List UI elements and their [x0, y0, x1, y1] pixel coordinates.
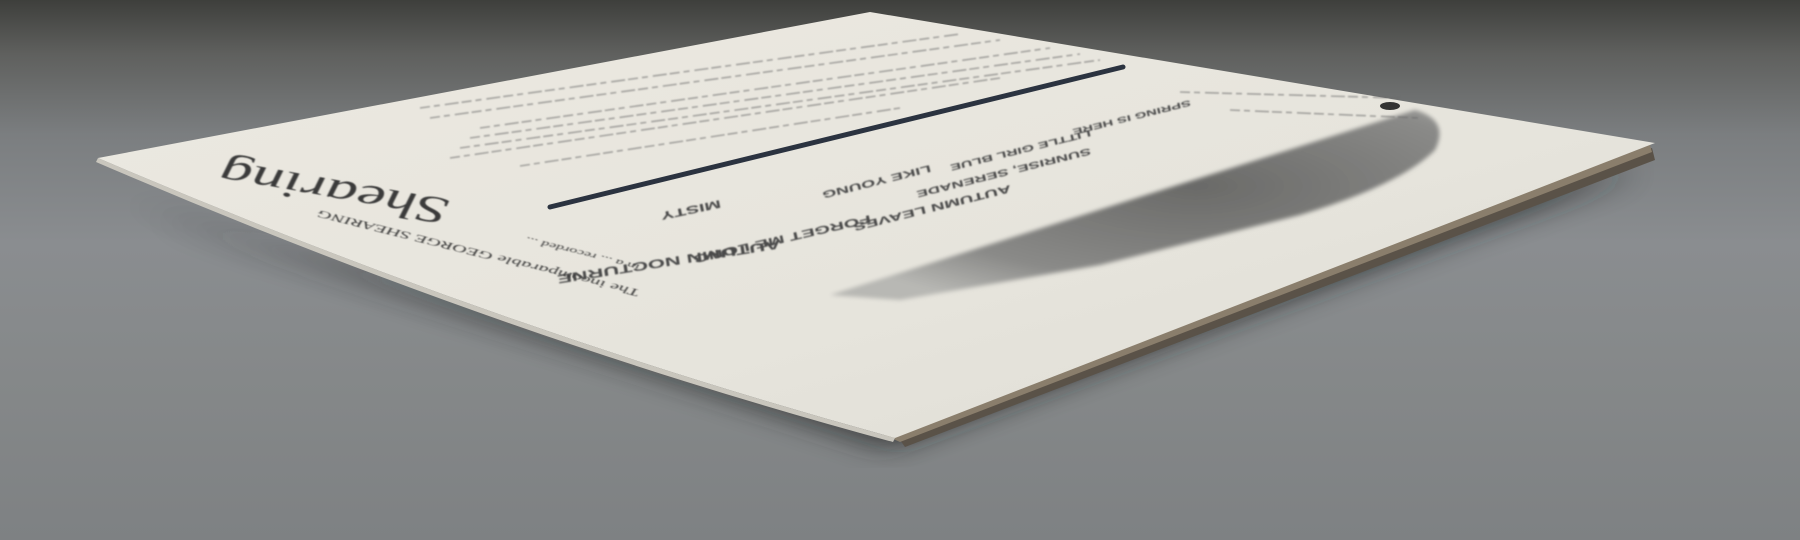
logo-mark — [1380, 102, 1400, 110]
album-cover-illustration: AUTUMN NOCTURNE MISTY FORGET ME LONG AUT… — [0, 0, 1800, 540]
